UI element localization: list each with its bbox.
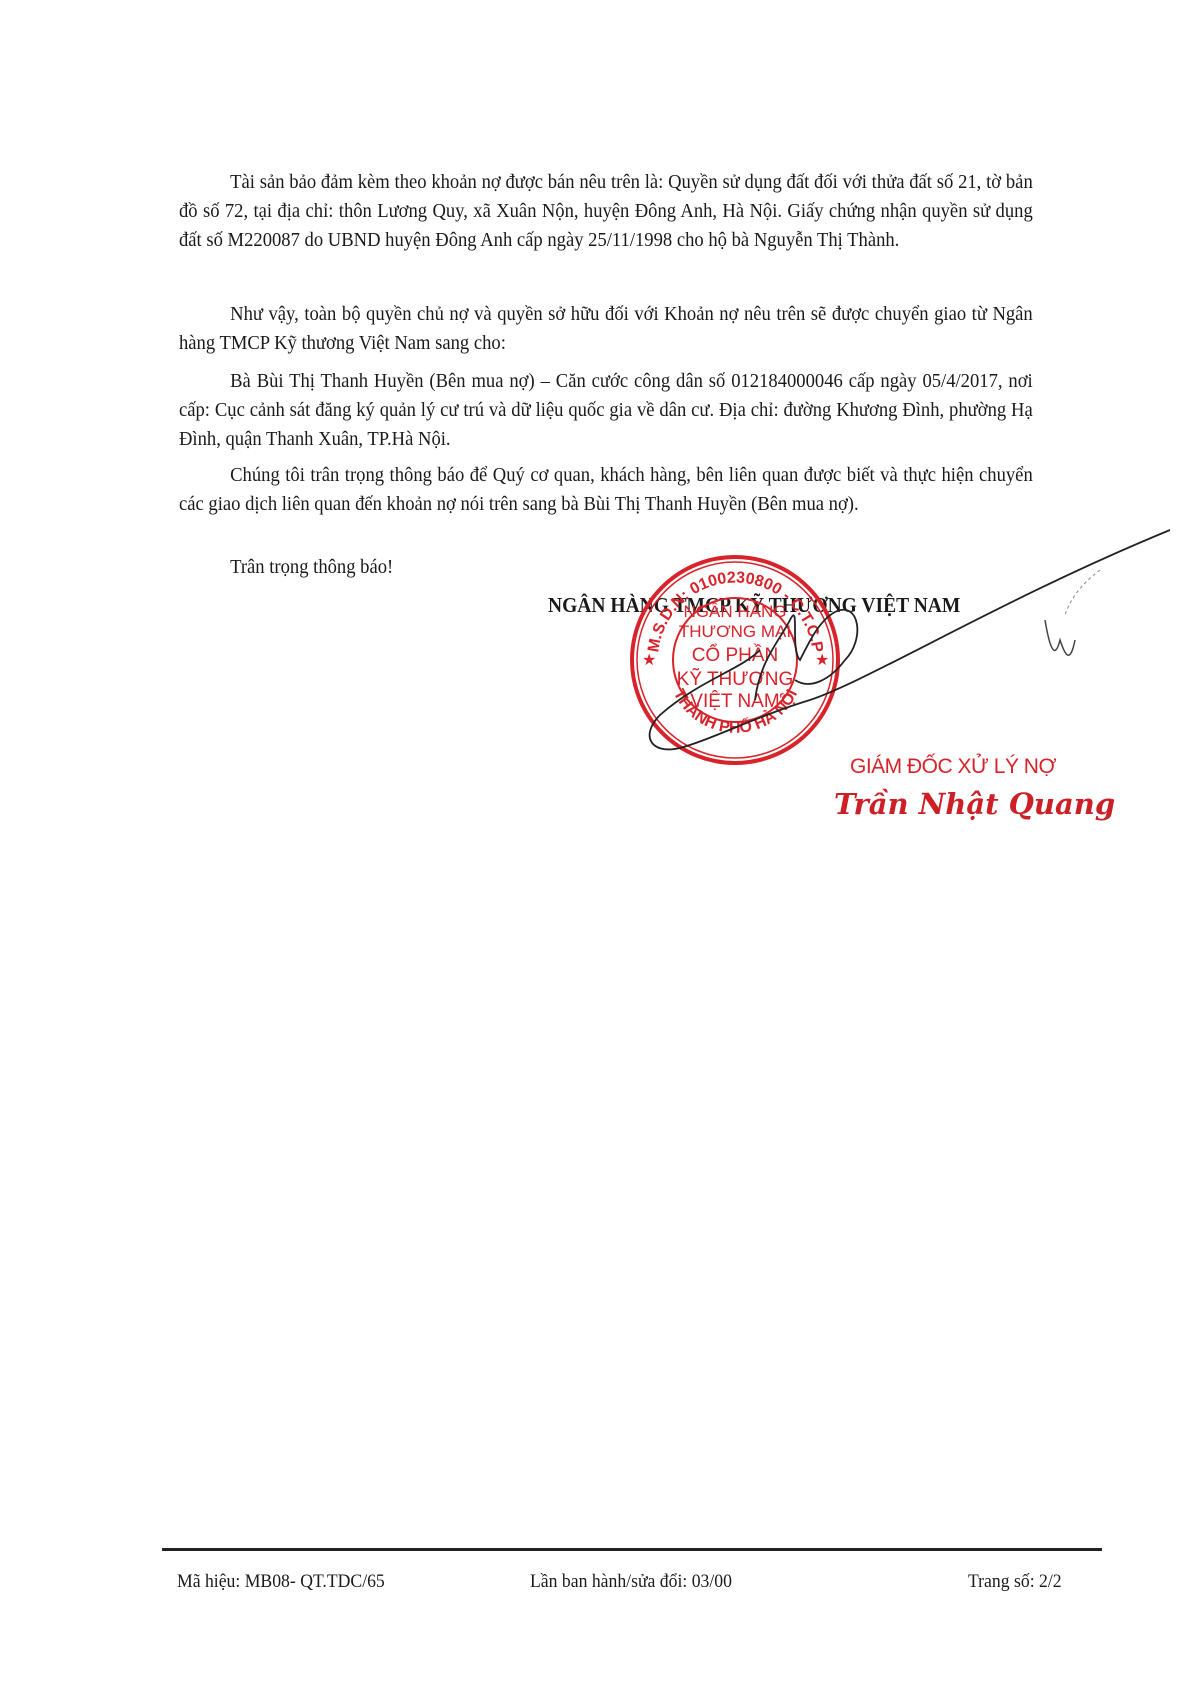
paragraph-notice: Chúng tôi trân trọng thông báo để Quý cơ… (179, 461, 1033, 519)
paragraph-buyer: Bà Bùi Thị Thanh Huyền (Bên mua nợ) – Că… (179, 367, 1033, 454)
paragraph-collateral: Tài sản bảo đảm kèm theo khoản nợ được b… (179, 168, 1033, 255)
signer-title: GIÁM ĐỐC XỬ LÝ NỢ (850, 755, 1056, 779)
svg-text:VIỆT NAM: VIỆT NAM (690, 690, 779, 712)
paragraph-closing: Trân trọng thông báo! (179, 553, 1033, 582)
svg-text:KỸ THƯƠNG: KỸ THƯƠNG (677, 668, 794, 690)
svg-text:★: ★ (815, 652, 829, 669)
footer-revision: Lần ban hành/sửa đổi: 03/00 (530, 1571, 732, 1593)
svg-text:NGÂN HÀNG: NGÂN HÀNG (684, 602, 787, 621)
signer-name: Trần Nhật Quang (834, 787, 1115, 821)
paragraph-transfer: Như vậy, toàn bộ quyền chủ nợ và quyền s… (179, 300, 1033, 358)
svg-text:CỔ PHẦN: CỔ PHẦN (692, 644, 779, 666)
company-stamp-icon: M.S.D.N: 0100230800 - C.T.C.P THÀNH PHỐ … (628, 553, 843, 768)
svg-text:★: ★ (642, 652, 656, 669)
footer-divider (162, 1548, 1102, 1551)
svg-text:THƯƠNG MẠI: THƯƠNG MẠI (679, 622, 791, 641)
footer-page-number: Trang số: 2/2 (968, 1571, 1062, 1593)
footer-document-code: Mã hiệu: MB08- QT.TDC/65 (177, 1571, 385, 1593)
